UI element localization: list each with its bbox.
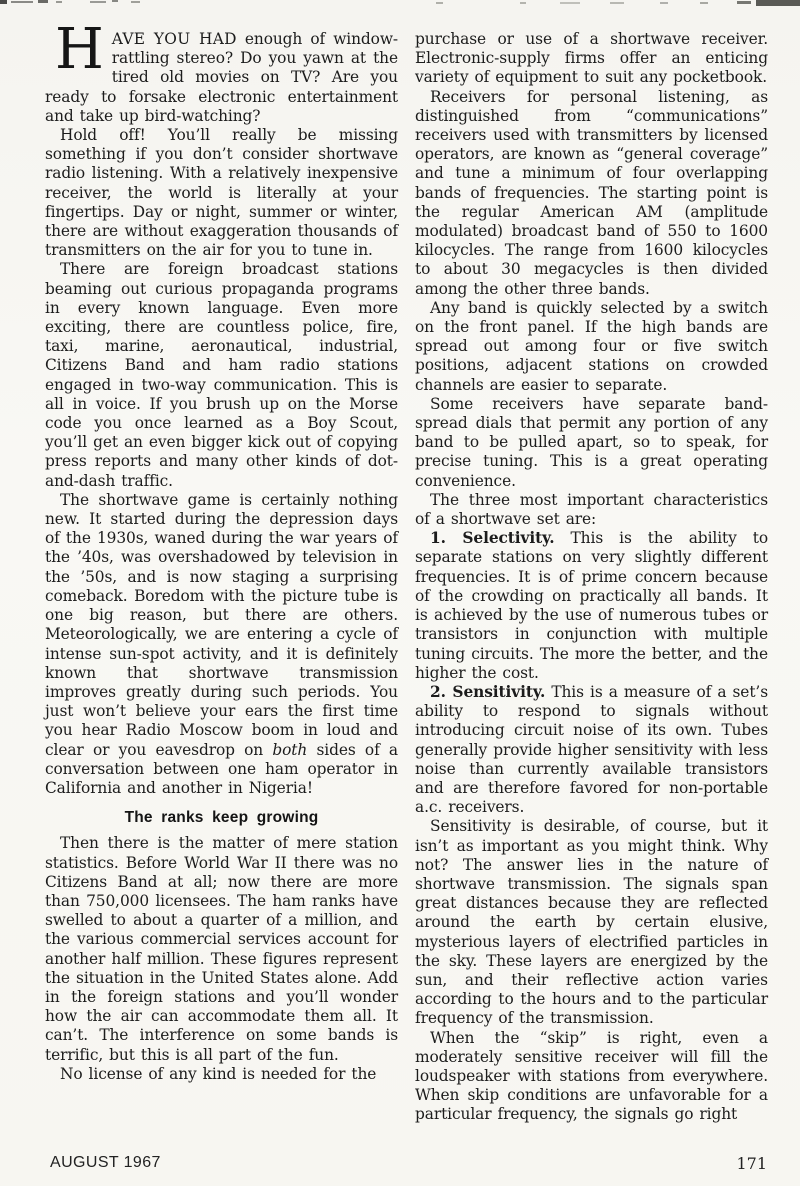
paragraph-selectivity: 1. Selectivity. This is the ability to s…: [415, 529, 768, 683]
scan-artifact: [610, 2, 624, 4]
drop-cap: H: [55, 30, 112, 70]
scan-artifact: [436, 2, 443, 4]
scan-artifact: [11, 1, 33, 3]
paragraph-text: This is the ability to separate stations…: [415, 529, 768, 681]
scan-artifact: [660, 2, 668, 4]
footer-issue-date: AUGUST 1967: [50, 1154, 161, 1172]
right-column: purchase or use of a shortwave receiver.…: [415, 30, 768, 1125]
opening-lead-caps: AVE YOU HAD: [112, 30, 237, 48]
paragraph: Receivers for personal listening, as dis…: [415, 88, 768, 299]
numbered-lead: 2. Sensitivity.: [430, 683, 545, 701]
scan-artifact: [90, 1, 106, 3]
paragraph: Sensitivity is desirable, of course, but…: [415, 817, 768, 1028]
paragraph-sensitivity: 2. Sensitivity. This is a measure of a s…: [415, 683, 768, 817]
paragraph: Then there is the matter of mere station…: [45, 834, 398, 1064]
paragraph: No license of any kind is needed for the: [45, 1065, 398, 1084]
paragraph-text: This is a measure of a set’s ability to …: [415, 683, 768, 816]
scan-artifact: [700, 2, 708, 4]
scan-artifact: [520, 2, 526, 4]
footer-page-number: 171: [736, 1154, 767, 1173]
paragraph: The three most important characteristics…: [415, 491, 768, 529]
paragraph: There are foreign broadcast stations bea…: [45, 260, 398, 490]
scan-artifact: [38, 0, 48, 3]
scan-artifact: [756, 0, 800, 6]
scan-artifact: [0, 0, 7, 4]
scan-artifact: [737, 1, 751, 4]
italic-word: both: [272, 741, 307, 759]
paragraph: Hold off! You’ll really be missing somet…: [45, 126, 398, 260]
paragraph-text: The shortwave game is certainly nothing …: [45, 491, 398, 759]
numbered-lead: 1. Selectivity.: [430, 529, 554, 547]
scan-artifact: [560, 2, 580, 4]
paragraph: Any band is quickly selected by a switch…: [415, 299, 768, 395]
article-columns: H AVE YOU HAD enough of window-rattling …: [45, 30, 768, 1125]
paragraph-opening: H AVE YOU HAD enough of window-rattling …: [45, 30, 398, 126]
section-heading: The ranks keep growing: [45, 808, 398, 827]
scan-artifact: [112, 0, 118, 2]
left-column: H AVE YOU HAD enough of window-rattling …: [45, 30, 398, 1125]
paragraph: The shortwave game is certainly nothing …: [45, 491, 398, 798]
scan-artifact: [131, 1, 140, 3]
scan-artifact: [56, 1, 62, 3]
magazine-page: H AVE YOU HAD enough of window-rattling …: [0, 0, 800, 1186]
paragraph: When the “skip” is right, even a moderat…: [415, 1029, 768, 1125]
paragraph: Some receivers have separate band-spread…: [415, 395, 768, 491]
paragraph: purchase or use of a shortwave receiver.…: [415, 30, 768, 88]
